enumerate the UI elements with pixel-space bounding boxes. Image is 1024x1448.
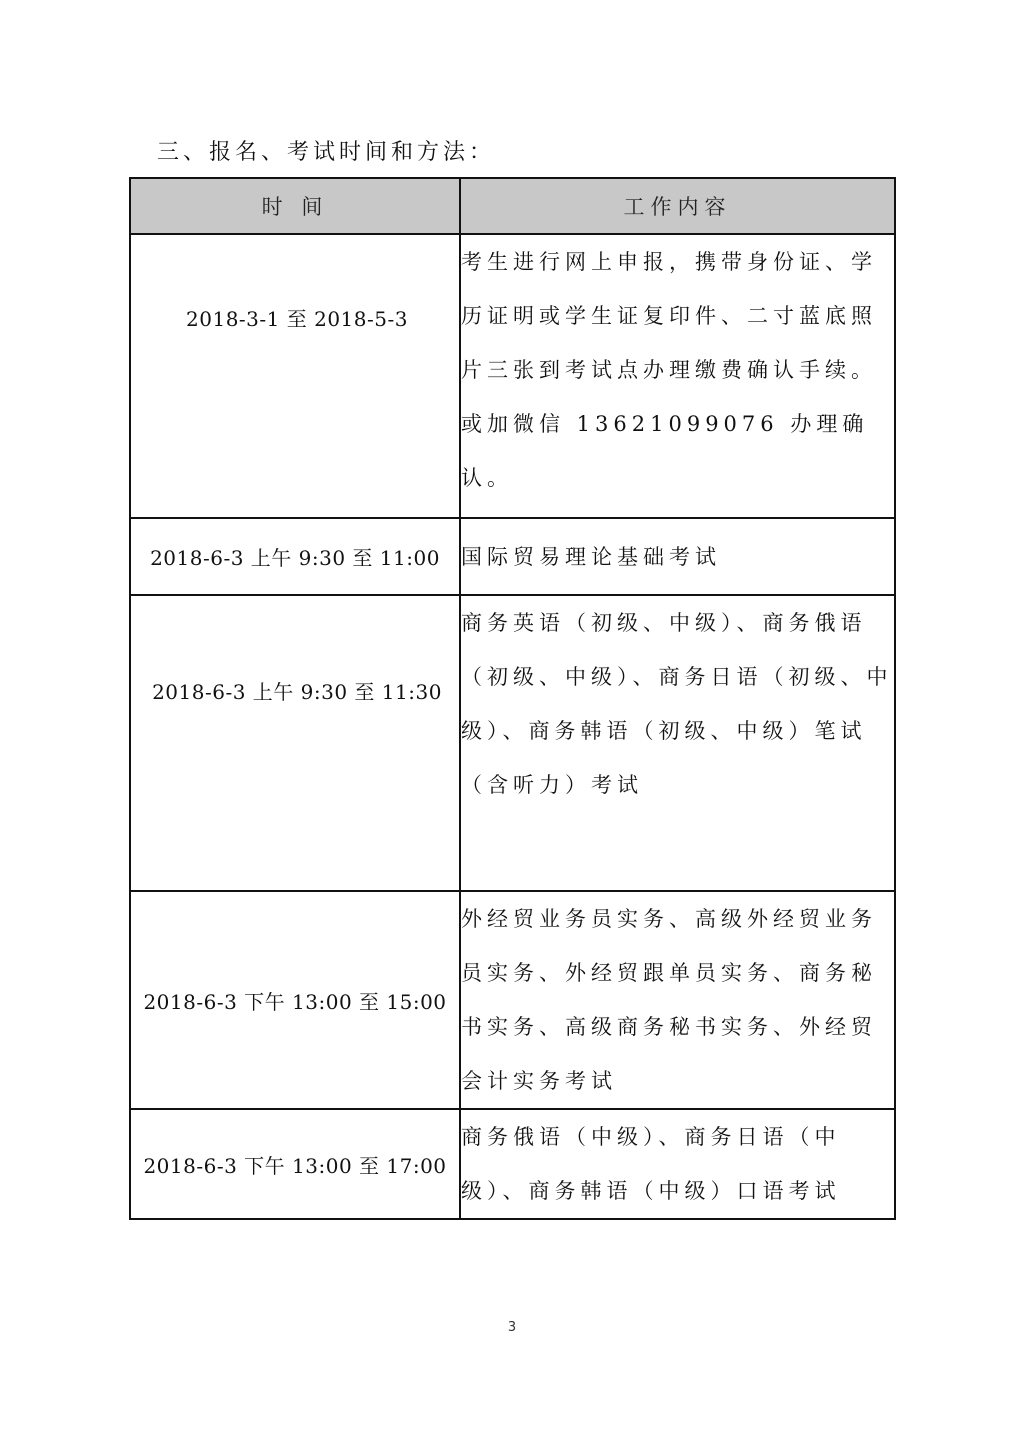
time-cell: 2018-6-3 上午 9:30 至 11:00 xyxy=(130,518,460,595)
header-content: 工作内容 xyxy=(460,178,895,234)
content-cell: 商务俄语（中级）、商务日语（中级）、商务韩语（中级）口语考试 xyxy=(460,1109,895,1219)
time-cell: 2018-3-1 至 2018-5-3 xyxy=(130,234,460,518)
time-cell: 2018-6-3 下午 13:00 至 15:00 xyxy=(130,891,460,1109)
content-cell: 国际贸易理论基础考试 xyxy=(460,518,895,595)
table-row: 2018-6-3 下午 13:00 至 17:00 商务俄语（中级）、商务日语（… xyxy=(130,1109,895,1219)
table-row: 2018-6-3 上午 9:30 至 11:00 国际贸易理论基础考试 xyxy=(130,518,895,595)
header-time: 时 间 xyxy=(130,178,460,234)
table-row: 2018-6-3 下午 13:00 至 15:00 外经贸业务员实务、高级外经贸… xyxy=(130,891,895,1109)
page-number: 3 xyxy=(0,1320,1024,1335)
content-cell: 考生进行网上申报，携带身份证、学历证明或学生证复印件、二寸蓝底照片三张到考试点办… xyxy=(460,234,895,518)
table-header-row: 时 间 工作内容 xyxy=(130,178,895,234)
content-cell: 商务英语（初级、中级）、商务俄语（初级、中级）、商务日语（初级、中级）、商务韩语… xyxy=(460,595,895,891)
time-cell: 2018-6-3 上午 9:30 至 11:30 xyxy=(130,595,460,891)
time-cell: 2018-6-3 下午 13:00 至 17:00 xyxy=(130,1109,460,1219)
exam-schedule-table: 时 间 工作内容 2018-3-1 至 2018-5-3 考生进行网上申报，携带… xyxy=(129,177,896,1220)
content-cell: 外经贸业务员实务、高级外经贸业务员实务、外经贸跟单员实务、商务秘书实务、高级商务… xyxy=(460,891,895,1109)
section-title: 三、报名、考试时间和方法： xyxy=(157,138,495,168)
table-row: 2018-3-1 至 2018-5-3 考生进行网上申报，携带身份证、学历证明或… xyxy=(130,234,895,518)
table-row: 2018-6-3 上午 9:30 至 11:30 商务英语（初级、中级）、商务俄… xyxy=(130,595,895,891)
